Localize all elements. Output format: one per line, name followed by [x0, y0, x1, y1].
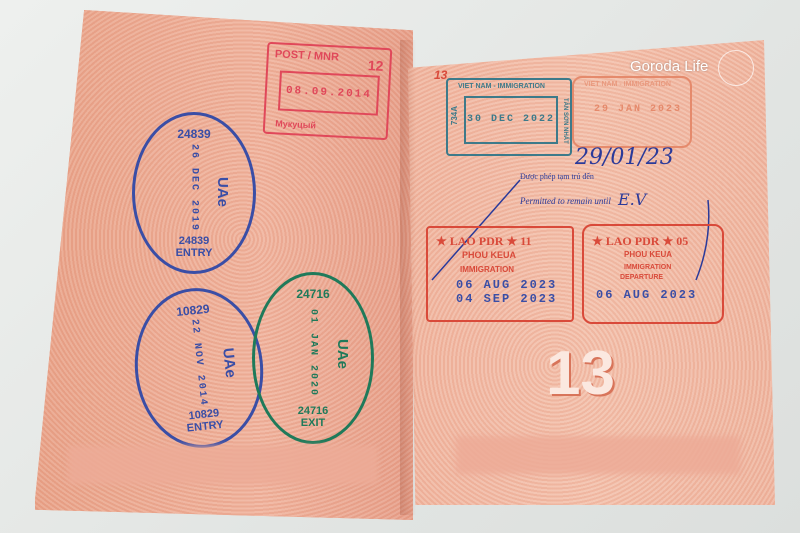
stamp-oval-uae-exit-2020: 24716 01 JAN 2020 UAe 24716EXIT — [252, 272, 374, 444]
stamp-country: UAe — [334, 339, 351, 369]
redacted-text-left — [68, 446, 378, 484]
passport-spine — [400, 40, 416, 515]
stamp-date: 29 JAN 2023 — [594, 104, 682, 115]
stamp-date-box: 08.09.2014 — [278, 70, 380, 115]
stamp-place: PHOU KEUA — [462, 250, 516, 260]
stamp-office: IMMIGRATION — [624, 264, 671, 271]
stamp-number: 12 — [367, 57, 383, 74]
stamp-kind: ENTRY — [176, 247, 213, 259]
stamp-office: IMMIGRATION — [460, 265, 514, 274]
stamp-code: 24839 — [177, 127, 210, 141]
stamp-date: 26 DEC 2019 — [189, 144, 200, 232]
stamp-laos-arrival: ★ LAO PDR ★ 11 PHOU KEUA IMMIGRATION 06 … — [426, 226, 574, 322]
stamp-number: 05 — [676, 234, 688, 248]
stamp-code-bottom: 24716 — [298, 405, 329, 417]
handwritten-date: 29/01/23 — [575, 145, 674, 170]
watermark-text: Goroda Life — [630, 58, 708, 75]
stamp-side-code: 734A — [450, 106, 459, 125]
stamp-date: 30 DEC 2022 — [466, 98, 556, 142]
stamp-rect-pink: POST / MNR 12 08.09.2014 Мукуцый — [263, 42, 393, 140]
stamp-date-box: 30 DEC 2022 — [464, 96, 558, 144]
stamp-vietnam-exit: VIET NAM - IMMIGRATION 29 JAN 2023 — [572, 76, 692, 148]
stamp-title: VIET NAM - IMMIGRATION — [458, 83, 545, 90]
stamp-date: 01 JAN 2020 — [308, 309, 319, 397]
page-number-watermark: 13 — [546, 338, 615, 409]
stamp-title: VIET NAM - IMMIGRATION — [584, 81, 671, 88]
stamp-date-stamped: 06 AUG 2023 — [596, 288, 697, 302]
stamp-kind: ENTRY — [186, 419, 224, 435]
stamp-date: 08.09.2014 — [280, 73, 378, 114]
stamp-laos-departure: ★ LAO PDR ★ 05 PHOU KEUA IMMIGRATION DEP… — [582, 224, 724, 324]
stamp-country: UAe — [214, 177, 231, 207]
stamp-code: 24716 — [296, 287, 329, 301]
stamp-kind: EXIT — [301, 417, 325, 429]
stamp-oval-uae-entry-2019: 24839 26 DEC 2019 UAe 24839ENTRY — [132, 112, 256, 274]
redacted-text-right — [456, 436, 740, 474]
stamp-footer: Мукуцый — [275, 118, 316, 130]
stamp-title: LAO PDR — [450, 234, 504, 248]
stamp-code-bottom: 24839 — [179, 235, 210, 247]
stamp-kind: DEPARTURE — [620, 274, 663, 281]
stamp-label: POST / MNR — [275, 48, 340, 63]
stamp-code: 10829 — [176, 302, 211, 319]
stamp-side-text: TÂN SƠN NHẤT — [562, 98, 568, 144]
stamp-place: PHOU KEUA — [624, 250, 672, 259]
stamp-number: 11 — [520, 234, 531, 248]
stamp-title: LAO PDR — [606, 234, 660, 248]
stamp-date-stamped: 06 AUG 2023 — [456, 278, 557, 292]
city-tower-icon — [718, 50, 754, 86]
stamp-country: UAe — [219, 347, 239, 379]
stamp-vietnam-entry: VIET NAM - IMMIGRATION 734A 30 DEC 2022 … — [446, 78, 572, 156]
stamp-date-until: 04 SEP 2023 — [456, 292, 557, 306]
stamp-date: 22 NOV 2014 — [188, 319, 208, 408]
